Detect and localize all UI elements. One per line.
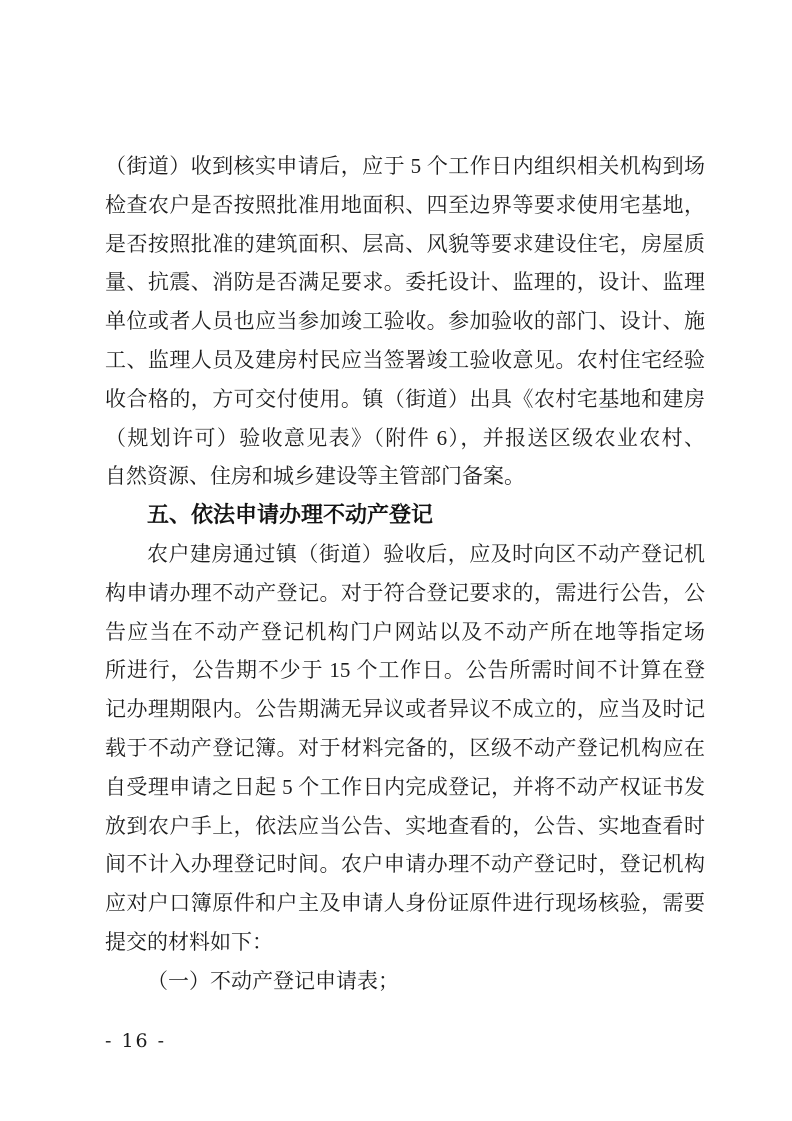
para-property-registration-line: 提交的材料如下： xyxy=(105,923,705,962)
para-acceptance-inspection-line: 是否按照批准的建筑面积、层高、风貌等要求建设住宅，房屋质 xyxy=(105,225,705,264)
para-property-registration-line: 构申请办理不动产登记。对于符合登记要求的，需进行公告，公 xyxy=(105,574,705,613)
para-acceptance-inspection-line: （街道）收到核实申请后，应于 5 个工作日内组织相关机构到场 xyxy=(105,147,705,186)
para-property-registration-line: 自受理申请之日起 5 个工作日内完成登记，并将不动产权证书发 xyxy=(105,768,705,807)
para-acceptance-inspection-line: 收合格的，方可交付使用。镇（街道）出具《农村宅基地和建房 xyxy=(105,380,705,419)
heading-section-five: 五、依法申请办理不动产登记 xyxy=(105,496,705,535)
para-acceptance-inspection-line: 检查农户是否按照批准用地面积、四至边界等要求使用宅基地， xyxy=(105,186,705,225)
para-acceptance-inspection-line: （规划许可）验收意见表》（附件 6），并报送区级农业农村、 xyxy=(105,419,705,458)
para-property-registration-line: 载于不动产登记簿。对于材料完备的，区级不动产登记机构应在 xyxy=(105,729,705,768)
para-property-registration-line: 放到农户手上，依法应当公告、实地查看的，公告、实地查看时 xyxy=(105,807,705,846)
para-acceptance-inspection-line: 量、抗震、消防是否满足要求。委托设计、监理的，设计、监理 xyxy=(105,263,705,302)
list-item-registration-form-line: （一）不动产登记申请表； xyxy=(105,962,705,1001)
para-property-registration-line: 间不计入办理登记时间。农户申请办理不动产登记时，登记机构 xyxy=(105,845,705,884)
page-number: - 16 - xyxy=(105,1030,166,1052)
para-property-registration-line: 应对户口簿原件和户主及申请人身份证原件进行现场核验，需要 xyxy=(105,884,705,923)
para-property-registration-line: 农户建房通过镇（街道）验收后，应及时向区不动产登记机 xyxy=(105,535,705,574)
document-content: （街道）收到核实申请后，应于 5 个工作日内组织相关机构到场检查农户是否按照批准… xyxy=(105,147,705,1001)
para-acceptance-inspection-line: 工、监理人员及建房村民应当签署竣工验收意见。农村住宅经验 xyxy=(105,341,705,380)
para-property-registration-line: 记办理期限内。公告期满无异议或者异议不成立的，应当及时记 xyxy=(105,690,705,729)
document-page: （街道）收到核实申请后，应于 5 个工作日内组织相关机构到场检查农户是否按照批准… xyxy=(0,0,792,1121)
page-footer: - 16 - xyxy=(105,1030,166,1052)
para-property-registration-line: 告应当在不动产登记机构门户网站以及不动产所在地等指定场 xyxy=(105,613,705,652)
para-property-registration-line: 所进行，公告期不少于 15 个工作日。公告所需时间不计算在登 xyxy=(105,651,705,690)
para-acceptance-inspection-line: 单位或者人员也应当参加竣工验收。参加验收的部门、设计、施 xyxy=(105,302,705,341)
para-acceptance-inspection-line: 自然资源、住房和城乡建设等主管部门备案。 xyxy=(105,457,705,496)
